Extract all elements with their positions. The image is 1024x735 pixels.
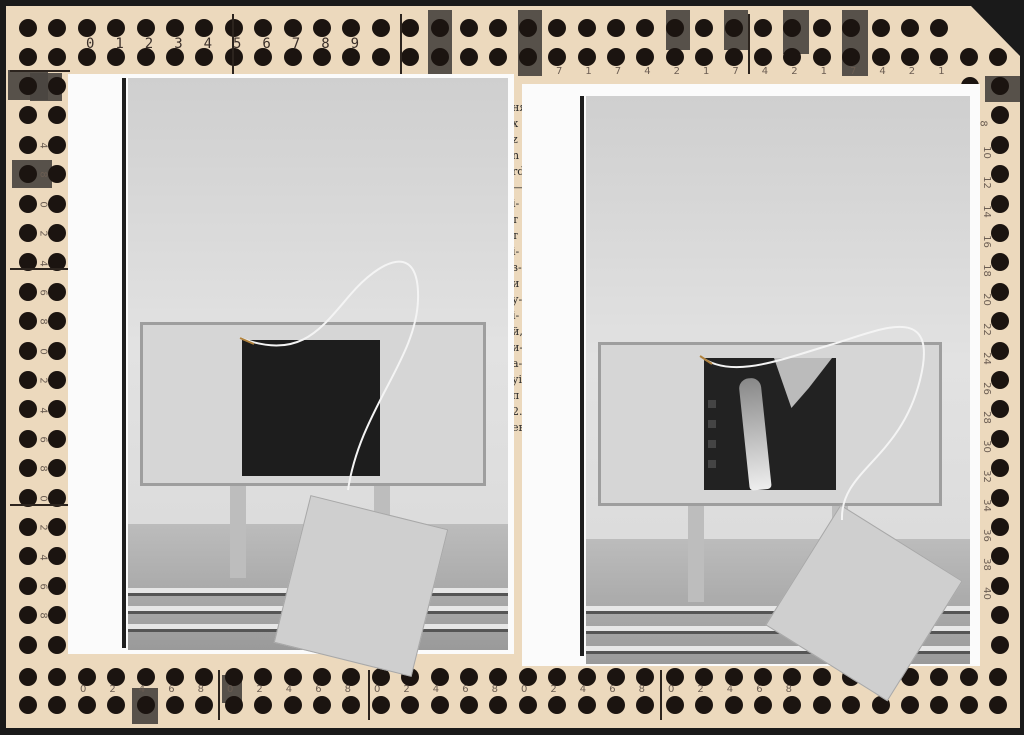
string-wires bbox=[0, 0, 1024, 735]
